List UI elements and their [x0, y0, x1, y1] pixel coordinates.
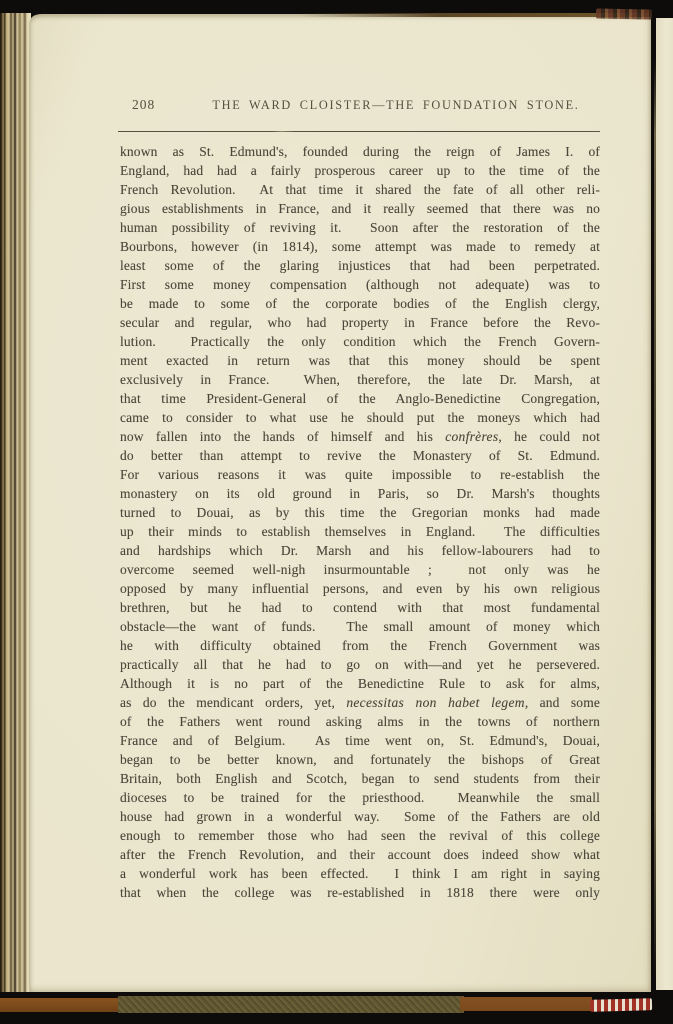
text-line: France and of Belgium. As time went on, …: [120, 731, 600, 750]
text-line: obstacle—the want of funds. The small am…: [120, 617, 600, 636]
body-text: known as St. Edmund's, founded during th…: [120, 142, 600, 902]
text-line: enough to remember those who had seen th…: [120, 826, 600, 845]
text-line: French Revolution. At that time it share…: [120, 180, 600, 199]
text-line: monastery on its old ground in Paris, so…: [120, 484, 600, 503]
text-line: began to be better known, and fortunatel…: [120, 750, 600, 769]
text-line: For various reasons it was quite impossi…: [120, 465, 600, 484]
endband-stripes: [590, 998, 652, 1012]
text-line: and hardships which Dr. Marsh and his fe…: [120, 541, 600, 560]
text-line: that when the college was re-established…: [120, 883, 600, 902]
cover-edge-texture: [118, 996, 464, 1013]
header-rule: [118, 131, 600, 132]
text-line: turned to Douai, as by this time the Gre…: [120, 503, 600, 522]
text-line: a wonderful work has been effected. I th…: [120, 864, 600, 883]
text-line: he with difficulty obtained from the Fre…: [120, 636, 600, 655]
text-line: dioceses to be trained for the priesthoo…: [120, 788, 600, 807]
cover-edge-right: [460, 997, 592, 1011]
text-line: as do the mendicant orders, yet, necessi…: [120, 693, 600, 712]
text-line: after the French Revolution, and their a…: [120, 845, 600, 864]
running-title: THE WARD CLOISTER—THE FOUNDATION STONE.: [190, 98, 602, 113]
text-line: overcome seemed well-nigh insurmountable…: [120, 560, 600, 579]
text-line: known as St. Edmund's, founded during th…: [120, 142, 600, 161]
text-line: lution. Practically the only condition w…: [120, 332, 600, 351]
page-header: 208 THE WARD CLOISTER—THE FOUNDATION STO…: [120, 97, 602, 115]
text-line: First some money compensation (although …: [120, 275, 600, 294]
text-line: that time President-General of the Anglo…: [120, 389, 600, 408]
text-line: brethren, but he had to contend with tha…: [120, 598, 600, 617]
text-line: up their minds to establish themselves i…: [120, 522, 600, 541]
text-line: house had grown in a wonderful way. Some…: [120, 807, 600, 826]
book-photo: 208 THE WARD CLOISTER—THE FOUNDATION STO…: [0, 0, 673, 1024]
text-line: of the Fathers went round asking alms in…: [120, 712, 600, 731]
book-page: 208 THE WARD CLOISTER—THE FOUNDATION STO…: [30, 14, 651, 992]
text-line: came to consider to what use he should p…: [120, 408, 600, 427]
book-page-edges: [0, 13, 31, 996]
text-line: Bourbons, however (in 1814), some attemp…: [120, 237, 600, 256]
text-line: practically all that he had to go on wit…: [120, 655, 600, 674]
book-cover-bottom: [0, 992, 673, 1024]
cover-corner-marbling: [596, 9, 652, 20]
text-line: be made to some of the corporate bodies …: [120, 294, 600, 313]
text-line: human possibility of reviving it. Soon a…: [120, 218, 600, 237]
text-line: Britain, both English and Scotch, began …: [120, 769, 600, 788]
text-line: England, had had a fairly prosperous car…: [120, 161, 600, 180]
text-line: now fallen into the hands of himself and…: [120, 427, 600, 446]
text-line: exclusively in France. When, therefore, …: [120, 370, 600, 389]
facing-page-sliver: [656, 18, 673, 990]
text-line: Although it is no part of the Benedictin…: [120, 674, 600, 693]
page-number: 208: [132, 97, 155, 113]
text-line: least some of the glaring injustices tha…: [120, 256, 600, 275]
cover-edge-left: [0, 998, 122, 1012]
text-line: do better than attempt to revive the Mon…: [120, 446, 600, 465]
text-line: gious establishments in France, and it r…: [120, 199, 600, 218]
text-line: secular and regular, who had property in…: [120, 313, 600, 332]
text-line: ment exacted in return was that this mon…: [120, 351, 600, 370]
text-line: opposed by many influential persons, and…: [120, 579, 600, 598]
